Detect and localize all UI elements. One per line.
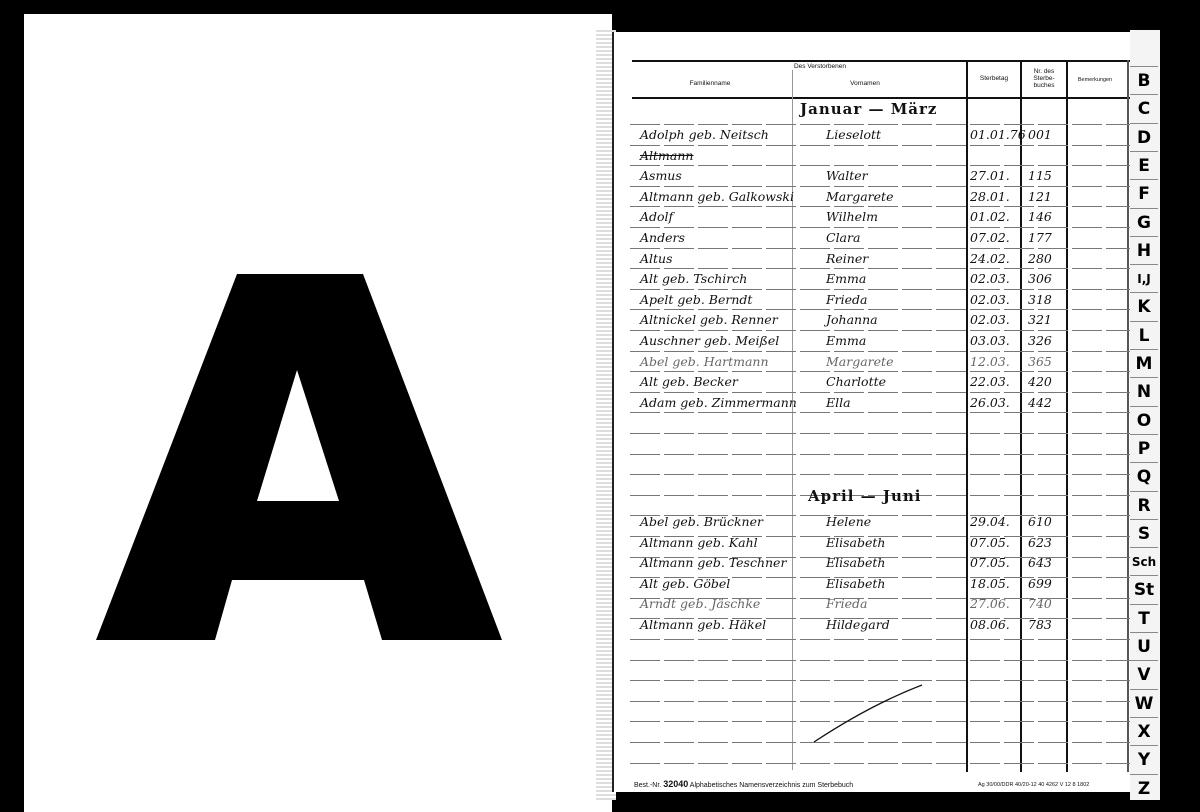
col-remarks: Bemerkungen: [1068, 77, 1122, 83]
cancel-stroke: [810, 680, 930, 750]
given-name: Helene: [826, 514, 871, 529]
given-name: Emma: [826, 271, 866, 286]
given-name: Margarete: [826, 354, 893, 369]
death-date: 22.03.: [970, 374, 1010, 389]
ruled-line: [630, 639, 1130, 640]
given-name: Wilhelm: [826, 209, 878, 224]
index-tab-s[interactable]: S: [1130, 519, 1158, 548]
big-letter-a: A: [0, 0, 612, 812]
index-tab-ij[interactable]: I,J: [1130, 264, 1158, 293]
index-tab-h[interactable]: H: [1130, 236, 1158, 265]
index-tab-y[interactable]: Y: [1130, 745, 1158, 774]
family-name: Auschner geb. Meißel: [640, 333, 779, 348]
register-number: 623: [1028, 535, 1052, 550]
ruled-line: [630, 454, 1130, 455]
death-date: 29.04.: [970, 514, 1010, 529]
death-date: 12.03.: [970, 354, 1010, 369]
register-number: 699: [1028, 576, 1052, 591]
register-number: 306: [1028, 271, 1052, 286]
ruled-line: [630, 660, 1130, 661]
footer-left: Best.-Nr. 32040 Alphabetisches Namensver…: [634, 779, 853, 789]
ruled-line: [630, 206, 1130, 207]
family-name: Altmann geb. Kahl: [640, 535, 758, 550]
ruled-line: [630, 186, 1130, 187]
given-name: Elisabeth: [826, 535, 885, 550]
register-number: 177: [1028, 230, 1052, 245]
given-name: Elisabeth: [826, 576, 885, 591]
register-number: 001: [1028, 127, 1052, 142]
family-name: Apelt geb. Berndt: [640, 292, 752, 307]
given-name: Frieda: [826, 596, 868, 611]
family-name: Alt geb. Göbel: [640, 576, 730, 591]
register-number: 643: [1028, 555, 1052, 570]
register-number: 280: [1028, 251, 1052, 266]
left-page-divider: A: [24, 14, 612, 812]
index-tab-z[interactable]: Z: [1130, 774, 1158, 803]
alphabet-index-tabs: BCDEFGHI,JKLMNOPQRSSchStTUVWXYZ: [1130, 30, 1160, 800]
index-tab-k[interactable]: K: [1130, 292, 1158, 321]
death-date: 18.05.: [970, 576, 1010, 591]
given-name: Johanna: [826, 312, 878, 327]
col-family-name: Familienname: [640, 80, 780, 87]
section-title: April — Juni: [808, 487, 921, 505]
index-tab-b[interactable]: B: [1130, 66, 1158, 95]
given-name: Lieselott: [826, 127, 881, 142]
register-number: 740: [1028, 596, 1052, 611]
register-number: 318: [1028, 292, 1052, 307]
register-number: 783: [1028, 617, 1052, 632]
given-name: Walter: [826, 168, 868, 183]
family-name: Asmus: [640, 168, 682, 183]
index-tab-d[interactable]: D: [1130, 123, 1158, 152]
given-name: Hildegard: [826, 617, 890, 632]
index-tab-c[interactable]: C: [1130, 94, 1158, 123]
death-date: 03.03.: [970, 333, 1010, 348]
index-tab-t[interactable]: T: [1130, 604, 1158, 633]
family-name: Altmann geb. Teschner: [640, 555, 786, 570]
death-date: 07.02.: [970, 230, 1010, 245]
family-name: Altmann: [640, 148, 693, 163]
family-name: Alt geb. Tschirch: [640, 271, 747, 286]
ruled-line: [630, 392, 1130, 393]
index-tab-v[interactable]: V: [1130, 660, 1158, 689]
family-name: Abel geb. Hartmann: [640, 354, 769, 369]
ruled-line: [630, 289, 1130, 290]
death-date: 27.06.: [970, 596, 1010, 611]
family-name: Altnickel geb. Renner: [640, 312, 778, 327]
section-title: Januar — März: [800, 100, 937, 118]
ruled-line: [630, 351, 1130, 352]
index-tab-l[interactable]: L: [1130, 321, 1158, 350]
death-date: 02.03.: [970, 312, 1010, 327]
given-name: Frieda: [826, 292, 868, 307]
register-number: 115: [1028, 168, 1052, 183]
ruled-line: [630, 165, 1130, 166]
index-tab-n[interactable]: N: [1130, 377, 1158, 406]
register-number: 326: [1028, 333, 1052, 348]
family-name: Adam geb. Zimmermann: [640, 395, 797, 410]
register-number: 321: [1028, 312, 1052, 327]
family-name: Altmann geb. Galkowski: [640, 189, 794, 204]
index-tab-x[interactable]: X: [1130, 717, 1158, 746]
ruled-line: [630, 763, 1130, 764]
given-name: Charlotte: [826, 374, 886, 389]
death-date: 24.02.: [970, 251, 1010, 266]
given-name: Elisabeth: [826, 555, 885, 570]
given-name: Ella: [826, 395, 851, 410]
family-name: Altmann geb. Häkel: [640, 617, 766, 632]
family-name: Anders: [640, 230, 685, 245]
index-tab-o[interactable]: O: [1130, 406, 1158, 435]
family-name: Abel geb. Brückner: [640, 514, 763, 529]
given-name: Margarete: [826, 189, 893, 204]
index-tab-w[interactable]: W: [1130, 689, 1158, 718]
given-name: Reiner: [826, 251, 868, 266]
register-number: 146: [1028, 209, 1052, 224]
register-number: 121: [1028, 189, 1052, 204]
register-number: 365: [1028, 354, 1052, 369]
death-date: 02.03.: [970, 292, 1010, 307]
index-tab-sch[interactable]: Sch: [1130, 547, 1158, 576]
ruled-line: [630, 474, 1130, 475]
register-number: 442: [1028, 395, 1052, 410]
family-name: Adolf: [640, 209, 673, 224]
col-given-names: Vornamen: [780, 80, 950, 87]
group-label: Des Verstorbenen: [760, 63, 880, 70]
given-name: Clara: [826, 230, 860, 245]
ruled-line: [630, 248, 1130, 249]
death-date: 07.05.: [970, 535, 1010, 550]
ruled-line: [630, 227, 1130, 228]
ruled-line: [630, 145, 1130, 146]
family-name: Arndt geb. Jäschke: [640, 596, 760, 611]
family-name: Alt geb. Becker: [640, 374, 738, 389]
footer-print-code: Ag 30/00/DDR 40/20-12 40 4262 V 12 8 180…: [978, 782, 1089, 788]
ruled-line: [630, 433, 1130, 434]
ruled-line: [630, 330, 1130, 331]
index-tab-u[interactable]: U: [1130, 632, 1158, 661]
family-name: Altus: [640, 251, 673, 266]
ruled-line: [630, 124, 1130, 125]
index-tab-f[interactable]: F: [1130, 179, 1158, 208]
ruled-line: [630, 268, 1130, 269]
ruled-line: [630, 371, 1130, 372]
given-name: Emma: [826, 333, 866, 348]
index-tab-st[interactable]: St: [1130, 575, 1158, 604]
index-tab-e[interactable]: E: [1130, 151, 1158, 180]
index-tab-q[interactable]: Q: [1130, 462, 1158, 491]
col-death-day: Sterbetag: [968, 75, 1020, 82]
death-date: 26.03.: [970, 395, 1010, 410]
ruled-line: [630, 309, 1130, 310]
register-number: 420: [1028, 374, 1052, 389]
register-number: 610: [1028, 514, 1052, 529]
death-date: 27.01.: [970, 168, 1010, 183]
death-date: 01.01.76: [970, 127, 1026, 142]
col-register-no: Nr. des Sterbe-buches: [1024, 68, 1064, 89]
death-date: 02.03.: [970, 271, 1010, 286]
index-tab-r[interactable]: R: [1130, 491, 1158, 520]
death-date: 07.05.: [970, 555, 1010, 570]
death-date: 01.02.: [970, 209, 1010, 224]
index-tab-p[interactable]: P: [1130, 434, 1158, 463]
index-tab-m[interactable]: M: [1130, 349, 1158, 378]
ruled-line: [630, 412, 1130, 413]
death-date: 28.01.: [970, 189, 1010, 204]
family-name: Adolph geb. Neitsch: [640, 127, 769, 142]
index-tab-g[interactable]: G: [1130, 208, 1158, 237]
death-date: 08.06.: [970, 617, 1010, 632]
